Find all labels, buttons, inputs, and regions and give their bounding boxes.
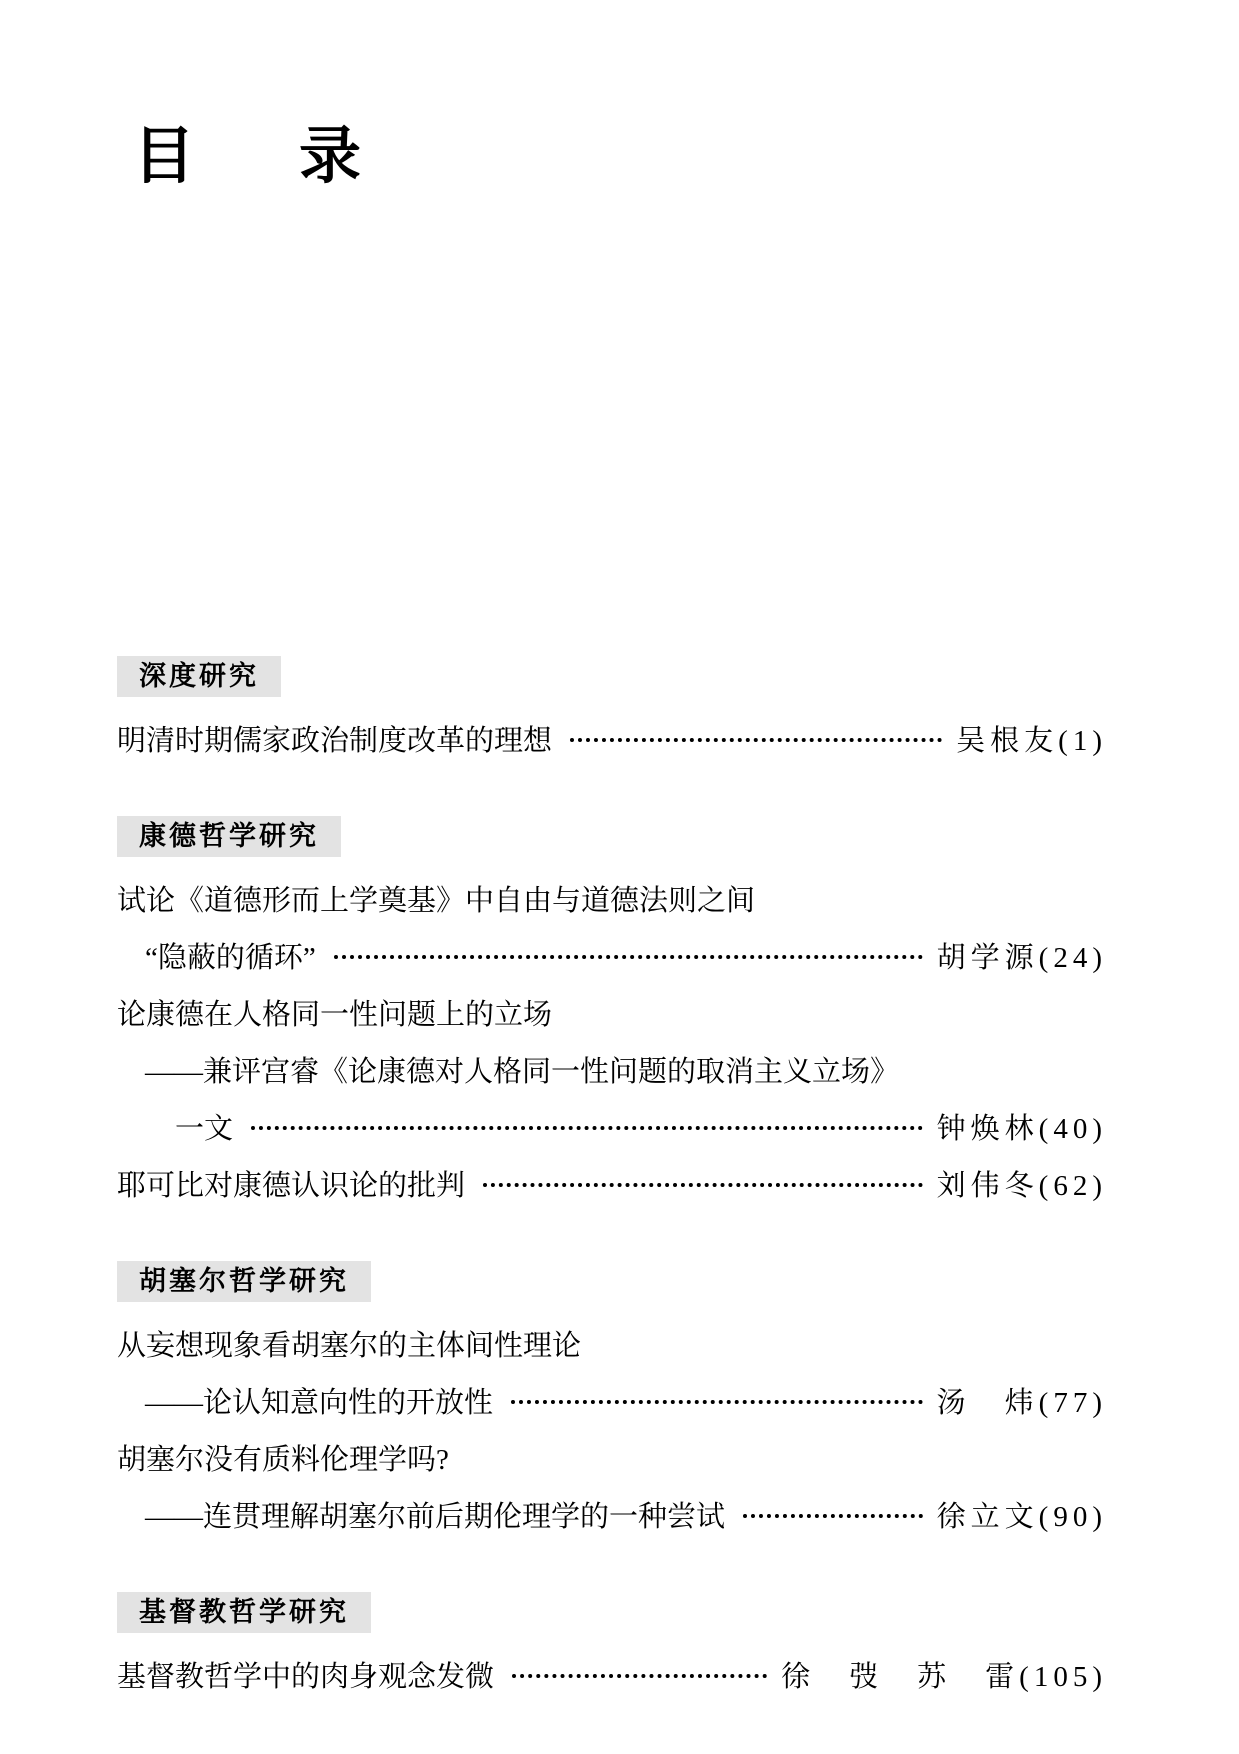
toc-sections: 深度研究明清时期儒家政治制度改革的理想吴根友(1)康德哲学研究试论《道德形而上学… [117, 656, 1107, 1706]
dot-leader [251, 1126, 923, 1130]
author-name: 胡学源 [937, 942, 1039, 974]
toc-page: 目录 深度研究明清时期儒家政治制度改革的理想吴根友(1)康德哲学研究试论《道德形… [0, 0, 1239, 1754]
author-page: 钟焕林(40) [937, 1101, 1107, 1158]
page-number: (62) [1039, 1170, 1107, 1202]
page-number: (77) [1039, 1387, 1107, 1419]
author-page: 刘伟冬(62) [937, 1158, 1107, 1215]
toc-section: 胡塞尔哲学研究从妄想现象看胡塞尔的主体间性理论——论认知意向性的开放性汤 炜(7… [117, 1261, 1107, 1546]
toc-line: 胡塞尔没有质料伦理学吗? [117, 1432, 1107, 1489]
author-page: 徐立文(90) [937, 1489, 1107, 1546]
entry-title: 试论《道德形而上学奠基》中自由与道德法则之间 [117, 873, 755, 930]
author-page: 胡学源(24) [937, 930, 1107, 987]
entry-title: 胡塞尔没有质料伦理学吗? [117, 1432, 449, 1489]
entry-title: 耶可比对康德认识论的批判 [117, 1158, 465, 1215]
toc-section: 基督教哲学研究基督教哲学中的肉身观念发微徐 弢 苏 雷(105) [117, 1592, 1107, 1706]
entry-title: ——连贯理解胡塞尔前后期伦理学的一种尝试 [145, 1489, 725, 1546]
page-number: (90) [1039, 1501, 1107, 1533]
entry-title: ——兼评宫睿《论康德对人格同一性问题的取消主义立场》 [145, 1044, 899, 1101]
title-char-mu: 目 [133, 122, 195, 191]
page-number: (24) [1039, 942, 1107, 974]
section-header: 胡塞尔哲学研究 [117, 1261, 371, 1302]
dot-leader [334, 955, 923, 959]
toc-line: 明清时期儒家政治制度改革的理想吴根友(1) [117, 713, 1107, 770]
toc-line: ——连贯理解胡塞尔前后期伦理学的一种尝试徐立文(90) [117, 1489, 1107, 1546]
author-name: 汤 炜 [937, 1387, 1039, 1419]
author-page: 吴根友(1) [956, 713, 1107, 770]
dot-leader [743, 1514, 923, 1518]
author-name: 吴根友 [956, 725, 1058, 757]
author-page: 徐 弢 苏 雷(105) [781, 1649, 1107, 1706]
toc-section: 深度研究明清时期儒家政治制度改革的理想吴根友(1) [117, 656, 1107, 770]
dot-leader [570, 738, 942, 742]
entry-title: 从妄想现象看胡塞尔的主体间性理论 [117, 1318, 581, 1375]
entry-title: 明清时期儒家政治制度改革的理想 [117, 713, 552, 770]
section-header: 基督教哲学研究 [117, 1592, 371, 1633]
section-header: 深度研究 [117, 656, 281, 697]
page-content: 目录 深度研究明清时期儒家政治制度改革的理想吴根友(1)康德哲学研究试论《道德形… [0, 0, 1239, 1706]
dot-leader [511, 1400, 923, 1404]
entry-title: 论康德在人格同一性问题上的立场 [117, 987, 552, 1044]
dot-leader [512, 1674, 767, 1678]
toc-line: 论康德在人格同一性问题上的立场 [117, 987, 1107, 1044]
page-title: 目录 [133, 118, 1239, 196]
entry-title: ——论认知意向性的开放性 [145, 1375, 493, 1432]
toc-line: 从妄想现象看胡塞尔的主体间性理论 [117, 1318, 1107, 1375]
page-number: (1) [1058, 725, 1107, 757]
section-header: 康德哲学研究 [117, 816, 341, 857]
page-number: (105) [1019, 1661, 1107, 1693]
author-name: 徐 弢 苏 雷 [781, 1661, 1019, 1693]
title-char-lu: 录 [299, 122, 361, 191]
author-name: 钟焕林 [937, 1113, 1039, 1145]
toc-line: ——兼评宫睿《论康德对人格同一性问题的取消主义立场》 [117, 1044, 1107, 1101]
entry-title: 基督教哲学中的肉身观念发微 [117, 1649, 494, 1706]
dot-leader [483, 1183, 923, 1187]
toc-line: ——论认知意向性的开放性汤 炜(77) [117, 1375, 1107, 1432]
toc-line: 耶可比对康德认识论的批判刘伟冬(62) [117, 1158, 1107, 1215]
entry-title: “隐蔽的循环” [145, 930, 316, 987]
toc-line: 试论《道德形而上学奠基》中自由与道德法则之间 [117, 873, 1107, 930]
toc-line: 基督教哲学中的肉身观念发微徐 弢 苏 雷(105) [117, 1649, 1107, 1706]
page-number: (40) [1039, 1113, 1107, 1145]
author-name: 徐立文 [937, 1501, 1039, 1533]
entry-title: 一文 [175, 1101, 233, 1158]
toc-section: 康德哲学研究试论《道德形而上学奠基》中自由与道德法则之间“隐蔽的循环”胡学源(2… [117, 816, 1107, 1215]
author-name: 刘伟冬 [937, 1170, 1039, 1202]
toc-line: “隐蔽的循环”胡学源(24) [117, 930, 1107, 987]
author-page: 汤 炜(77) [937, 1375, 1107, 1432]
toc-line: 一文钟焕林(40) [117, 1101, 1107, 1158]
